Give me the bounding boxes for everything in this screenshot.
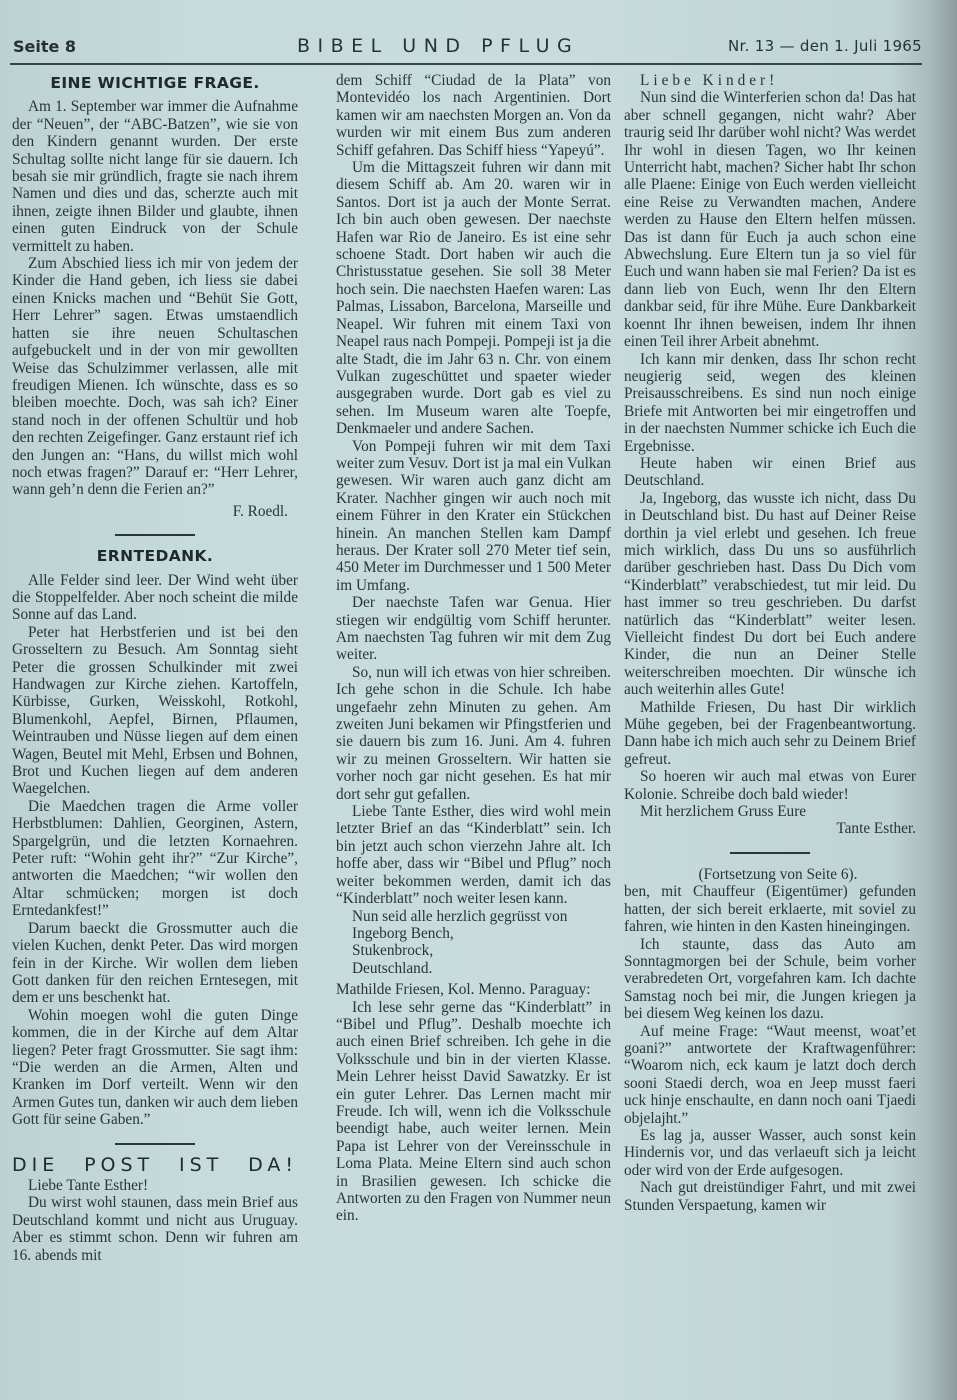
article-title: ERNTEDANK. xyxy=(12,548,298,565)
paragraph: Nun seid alle herzlich gegrüsst von xyxy=(336,908,611,925)
paragraph: Peter hat Herbstferien und ist bei den G… xyxy=(12,624,298,798)
signature: Tante Esther. xyxy=(624,820,916,837)
issue-date: Nr. 13 — den 1. Juli 1965 xyxy=(728,37,922,55)
article-author: F. Roedl. xyxy=(12,503,288,520)
paragraph: Am 1. September war immer die Aufnahme d… xyxy=(12,98,298,255)
paragraph: Du wirst wohl staunen, dass mein Brief a… xyxy=(12,1194,298,1264)
paragraph: Die Maedchen tragen die Arme voller Herb… xyxy=(12,798,298,920)
paragraph: Darum baeckt die Grossmutter auch die vi… xyxy=(12,920,298,1007)
paragraph: Auf meine Frage: “Waut meenst, woat’et g… xyxy=(624,1023,916,1127)
paragraph: Wohin moegen wohl die guten Dinge kommen… xyxy=(12,1007,298,1129)
publication-title: BIBEL UND PFLUG xyxy=(297,35,579,57)
section-title: DIE POST IST DA! xyxy=(12,1157,298,1174)
paragraph: So, nun will ich etwas von hier schreibe… xyxy=(336,664,611,803)
paragraph: Der naechste Tafen war Genua. Hier stieg… xyxy=(336,594,611,664)
newspaper-page: Seite 8 BIBEL UND PFLUG Nr. 13 — den 1. … xyxy=(0,0,957,1400)
paragraph: Um die Mittagszeit fuhren wir dann mit d… xyxy=(336,159,611,438)
divider xyxy=(115,534,195,536)
continuation-label: (Fortsetzung von Seite 6). xyxy=(624,866,916,883)
paragraph: Ich lese sehr gerne das “Kinderblatt” in… xyxy=(336,999,611,1225)
article-title: EINE WICHTIGE FRAGE. xyxy=(12,75,298,92)
paragraph: Nun sind die Winterferien schon da! Das … xyxy=(624,89,916,350)
paragraph: ben, mit Chauffeur (Eigentümer) gefunden… xyxy=(624,883,916,935)
letter-heading: Mathilde Friesen, Kol. Menno. Paraguay: xyxy=(336,981,611,998)
paragraph: Ich kann mir denken, dass Ihr schon rech… xyxy=(624,351,916,455)
page-header: Seite 8 BIBEL UND PFLUG Nr. 13 — den 1. … xyxy=(10,34,922,62)
paragraph: Mathilde Friesen, Du hast Dir wirklich M… xyxy=(624,699,916,769)
divider xyxy=(730,852,810,854)
paragraph: Nach gut dreistündiger Fahrt, und mit zw… xyxy=(624,1179,916,1214)
paragraph: Es lag ja, ausser Wasser, auch sonst kei… xyxy=(624,1127,916,1179)
paragraph: Ja, Ingeborg, das wusste ich nicht, dass… xyxy=(624,490,916,699)
header-rule xyxy=(10,63,922,65)
signature-line: Stukenbrock, xyxy=(336,942,611,959)
signature-line: Ingeborg Bench, xyxy=(336,925,611,942)
salutation: Liebe Tante Esther! xyxy=(12,1177,298,1194)
paragraph: Heute haben wir einen Brief aus Deutschl… xyxy=(624,455,916,490)
greeting: Liebe Kinder! xyxy=(624,72,916,89)
divider xyxy=(115,1143,195,1145)
paragraph: Ich staunte, dass das Auto am Sonntagmor… xyxy=(624,936,916,1023)
paragraph: Liebe Tante Esther, dies wird wohl mein … xyxy=(336,803,611,907)
paragraph: Mit herzlichem Gruss Eure xyxy=(624,803,916,820)
column-3: Liebe Kinder! Nun sind die Winterferien … xyxy=(624,72,916,1214)
paragraph: Zum Abschied liess ich mir von jedem der… xyxy=(12,255,298,499)
paragraph: Von Pompeji fuhren wir mit dem Taxi weit… xyxy=(336,438,611,595)
column-1: EINE WICHTIGE FRAGE. Am 1. September war… xyxy=(12,72,298,1264)
paragraph: So hoeren wir auch mal etwas von Eurer K… xyxy=(624,768,916,803)
paragraph: dem Schiff “Ciudad de la Plata” von Mont… xyxy=(336,72,611,159)
page-number: Seite 8 xyxy=(13,37,76,56)
signature-line: Deutschland. xyxy=(336,960,611,977)
paragraph: Alle Felder sind leer. Der Wind weht übe… xyxy=(12,572,298,624)
column-2: dem Schiff “Ciudad de la Plata” von Mont… xyxy=(336,72,611,1225)
